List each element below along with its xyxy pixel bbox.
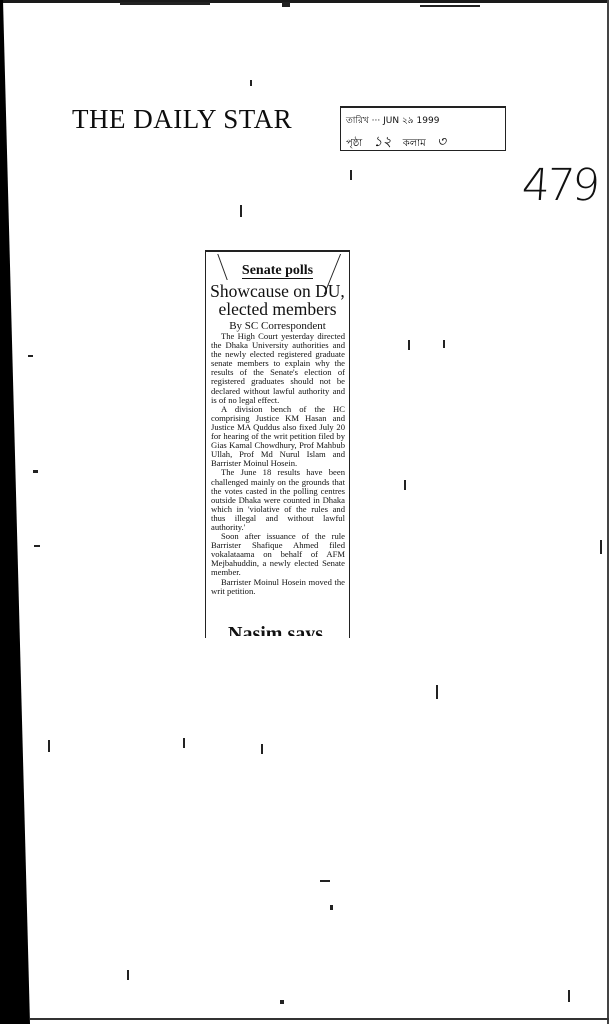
stamp-column-value: ৩: [437, 134, 446, 150]
article-paragraph: A division bench of the HC comprising Ju…: [211, 405, 345, 469]
scan-left-edge: [0, 0, 40, 1024]
scan-speck: [568, 990, 570, 1002]
scan-smudge: [420, 5, 480, 7]
scan-speck: [404, 480, 406, 490]
stamp-date-value: JUN ২৯ 1999: [383, 116, 439, 126]
newspaper-masthead: THE DAILY STAR: [72, 104, 292, 135]
stamp-page-value: ১২: [373, 134, 391, 150]
scan-speck: [240, 205, 242, 217]
scan-speck: [436, 685, 438, 699]
stamp-page-label: পৃষ্ঠা: [346, 138, 362, 149]
scan-speck: [28, 355, 33, 357]
article-paragraph: Soon after issuance of the rule Barriste…: [211, 532, 345, 577]
scan-bottom-border: [30, 1018, 609, 1020]
scan-speck: [330, 905, 333, 910]
scan-speck: [350, 170, 352, 180]
scan-speck: [250, 80, 252, 86]
scan-speck: [34, 545, 40, 547]
article-kicker-text: Senate polls: [242, 263, 313, 279]
article-paragraph: The June 18 results have been challenged…: [211, 468, 345, 532]
article-paragraph: The High Court yesterday directed the Dh…: [211, 332, 345, 405]
scan-speck: [280, 1000, 284, 1004]
article-body: The High Court yesterday directed the Dh…: [206, 332, 349, 596]
scan-speck: [261, 744, 263, 754]
newspaper-clipping: Senate polls Showcause on DU, elected me…: [205, 250, 350, 638]
scan-speck: [48, 740, 50, 752]
scan-speck: [600, 540, 602, 554]
stamp-date-row: তারিখ ··· JUN ২৯ 1999: [346, 113, 439, 128]
article-paragraph: Barrister Moinul Hosein moved the writ p…: [211, 578, 345, 596]
scan-speck: [408, 340, 410, 350]
stamp-page-row: পৃষ্ঠা ১২ কলাম ৩: [346, 130, 454, 154]
archive-stamp: তারিখ ··· JUN ২৯ 1999 পৃষ্ঠা ১২ কলাম ৩: [340, 106, 506, 151]
scan-speck: [33, 470, 38, 473]
article-kicker: Senate polls: [206, 263, 349, 279]
scan-speck: [320, 880, 330, 882]
scan-speck: [443, 340, 445, 348]
stamp-column-label: কলাম: [403, 138, 426, 149]
stamp-date-label: তারিখ ···: [346, 116, 380, 126]
scan-speck: [127, 970, 129, 980]
scan-smudge: [282, 2, 290, 7]
handwritten-page-number: 479: [520, 160, 599, 211]
scan-top-border: [0, 0, 609, 3]
scan-smudge: [120, 2, 210, 5]
scan-speck: [183, 738, 185, 748]
next-article-headline-fragment: Nasim says: [228, 624, 323, 636]
